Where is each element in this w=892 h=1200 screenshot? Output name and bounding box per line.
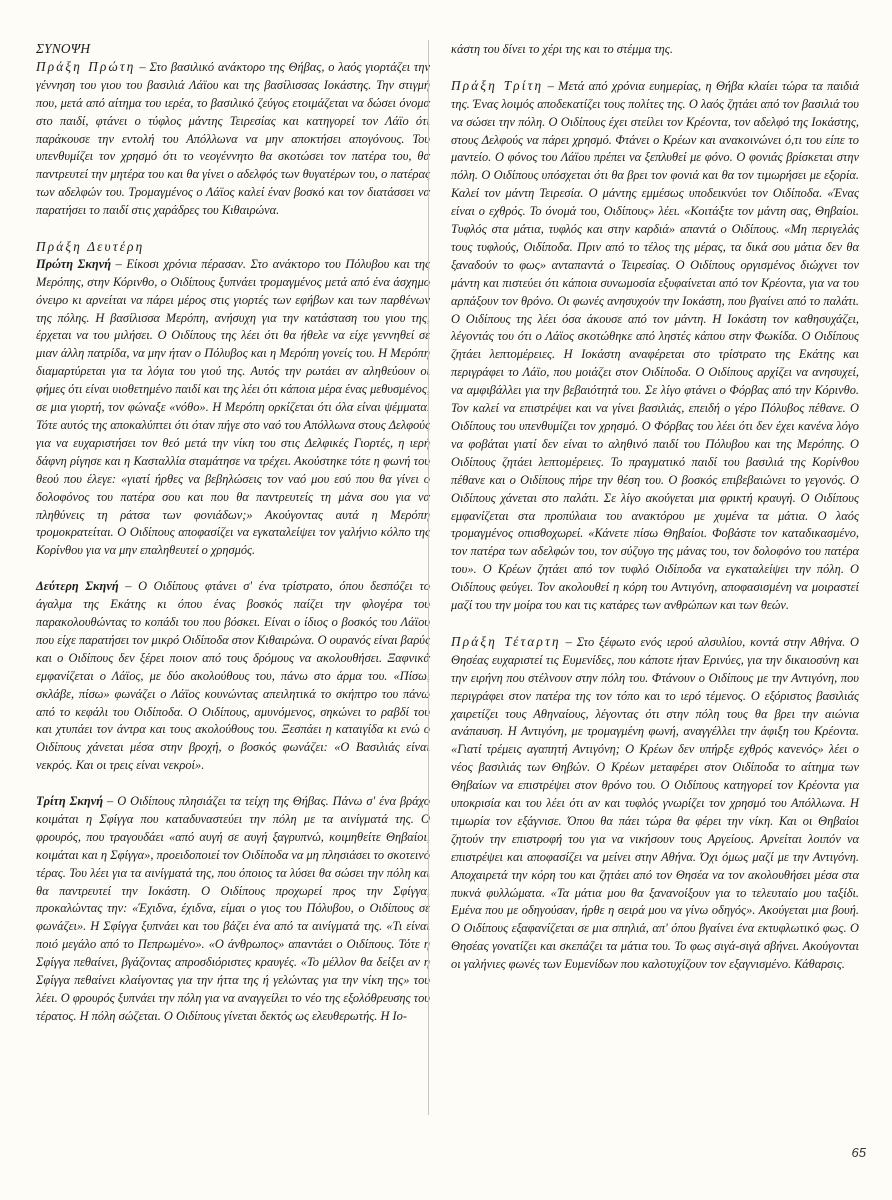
act-one-paragraph: Πράξη Πρώτη – Στο βασιλικό ανάκτορο της … bbox=[36, 58, 430, 220]
scene-two-title: Δεύτερη Σκηνή bbox=[36, 579, 119, 593]
continuation-paragraph: κάστη του δίνει το χέρι της και το στέμμ… bbox=[451, 41, 859, 59]
act-three-title: Πράξη Τρίτη bbox=[451, 78, 543, 93]
act-one-text: – Στο βασιλικό ανάκτορο της Θήβας, ο λαό… bbox=[36, 60, 430, 217]
column-divider bbox=[428, 40, 429, 1115]
scene-three-title: Τρίτη Σκηνή bbox=[36, 794, 103, 808]
right-column: κάστη του δίνει το χέρι της και το στέμμ… bbox=[451, 41, 859, 974]
scene-one-title: Πρώτη Σκηνή bbox=[36, 257, 111, 271]
act-two-scene-two-paragraph: Δεύτερη Σκηνή – Ο Οιδίπους φτάνει σ' ένα… bbox=[36, 578, 430, 775]
left-column: ΣΥΝΟΨΗ Πράξη Πρώτη – Στο βασιλικό ανάκτο… bbox=[36, 40, 430, 1026]
act-two-scene-one-paragraph: Πρώτη Σκηνή – Είκοσι χρόνια πέρασαν. Στο… bbox=[36, 256, 430, 560]
act-two-title: Πράξη Δευτέρη bbox=[36, 238, 430, 256]
act-four-paragraph: Πράξη Τέταρτη – Στο ξέφωτο ενός ιερού αλ… bbox=[451, 633, 859, 974]
act-three-text: – Μετά από χρόνια ευημερίας, η Θήβα κλαί… bbox=[451, 79, 859, 612]
scene-one-text: – Είκοσι χρόνια πέρασαν. Στο ανάκτορο το… bbox=[36, 257, 430, 558]
act-four-title: Πράξη Τέταρτη bbox=[451, 634, 561, 649]
document-page: ΣΥΝΟΨΗ Πράξη Πρώτη – Στο βασιλικό ανάκτο… bbox=[0, 0, 892, 1200]
synopsis-heading: ΣΥΝΟΨΗ bbox=[36, 40, 430, 58]
scene-two-text: – Ο Οιδίπους φτάνει σ' ένα τρίστρατο, όπ… bbox=[36, 579, 430, 772]
act-one-title: Πράξη Πρώτη bbox=[36, 59, 136, 74]
page-number: 65 bbox=[852, 1145, 866, 1160]
act-two-scene-three-paragraph: Τρίτη Σκηνή – Ο Οιδίπους πλησιάζει τα τε… bbox=[36, 793, 430, 1026]
scene-three-text: – Ο Οιδίπους πλησιάζει τα τείχη της Θήβα… bbox=[36, 794, 430, 1023]
act-four-text: – Στο ξέφωτο ενός ιερού αλσυλίου, κοντά … bbox=[451, 635, 859, 971]
act-three-paragraph: Πράξη Τρίτη – Μετά από χρόνια ευημερίας,… bbox=[451, 77, 859, 615]
